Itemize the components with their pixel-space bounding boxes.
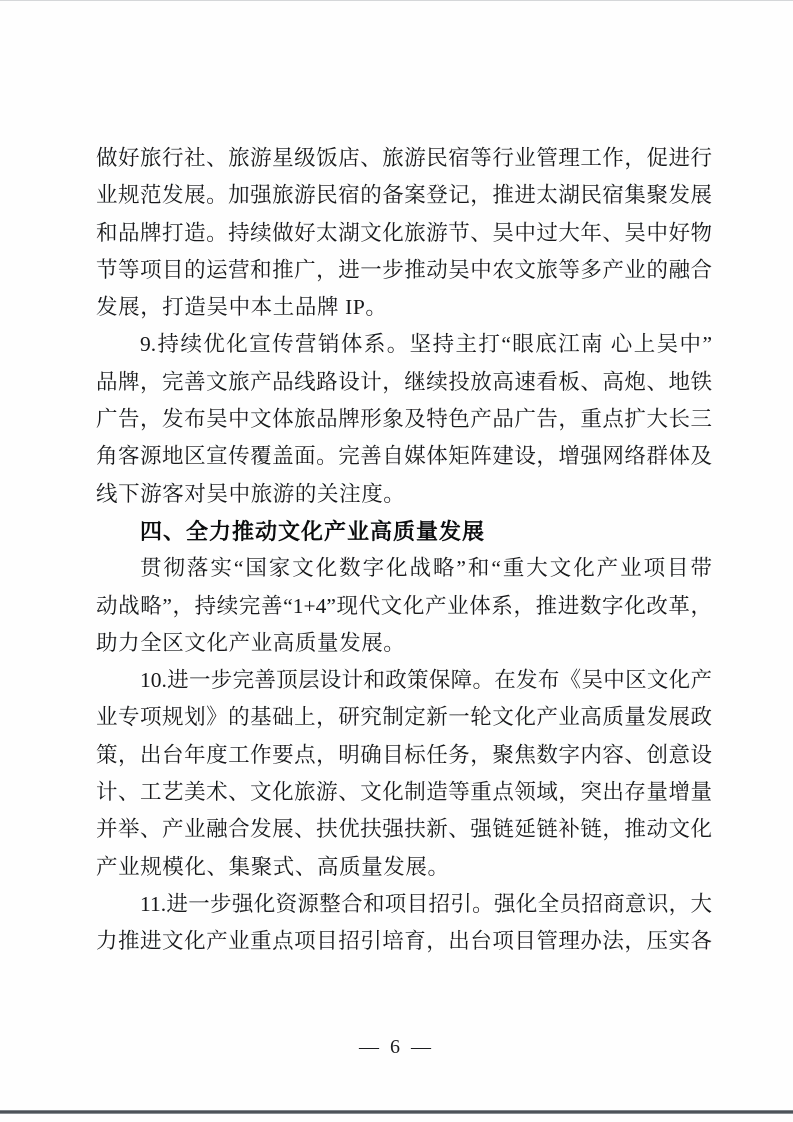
page-number: — 6 — [0,1036,793,1059]
text-line: 节等项目的运营和推广，进一步推动吴中农文旅等多产业的融合 [96,252,712,289]
text-line: 计、工艺美术、文化旅游、文化制造等重点领域，突出存量增量 [96,774,712,811]
text-line-item-10: 10.进一步完善顶层设计和政策保障。在发布《吴中区文化产 [96,662,712,699]
text-line: 发展，打造吴中本土品牌 IP。 [96,289,712,326]
text-line: 做好旅行社、旅游星级饭店、旅游民宿等行业管理工作，促进行 [96,140,712,177]
text-line: 广告，发布吴中文体旅品牌形象及特色产品广告，重点扩大长三 [96,401,712,438]
text-line: 业规范发展。加强旅游民宿的备案登记，推进太湖民宿集聚发展 [96,177,712,214]
scan-edge-top [0,0,793,1]
text-line: 业专项规划》的基础上，研究制定新一轮文化产业高质量发展政 [96,699,712,736]
text-line: 并举、产业融合发展、扶优扶强扶新、强链延链补链，推动文化 [96,811,712,848]
text-line: 动战略”，持续完善“1+4”现代文化产业体系，推进数字化改革， [96,588,712,625]
text-line: 力推进文化产业重点项目招引培育，出台项目管理办法，压实各 [96,923,712,960]
text-line-item-11: 11.进一步强化资源整合和项目招引。强化全员招商意识，大 [96,886,712,923]
text-line: 和品牌打造。持续做好太湖文化旅游节、吴中过大年、吴中好物 [96,215,712,252]
text-line: 线下游客对吴中旅游的关注度。 [96,476,712,513]
document-text: 做好旅行社、旅游星级饭店、旅游民宿等行业管理工作，促进行 业规范发展。加强旅游民… [96,140,712,961]
text-line: 助力全区文化产业高质量发展。 [96,625,712,662]
text-line: 品牌，完善文旅产品线路设计，继续投放高速看板、高炮、地铁 [96,364,712,401]
text-line: 角客源地区宣传覆盖面。完善自媒体矩阵建设，增强网络群体及 [96,438,712,475]
text-line: 贯彻落实“国家文化数字化战略”和“重大文化产业项目带 [96,550,712,587]
section-heading-4: 四、全力推动文化产业高质量发展 [96,513,712,550]
scan-artifact-line [0,1110,793,1114]
text-line: 产业规模化、集聚式、高质量发展。 [96,849,712,886]
text-line-item-9: 9.持续优化宣传营销体系。坚持主打“眼底江南 心上吴中” [96,326,712,363]
document-page: 做好旅行社、旅游星级饭店、旅游民宿等行业管理工作，促进行 业规范发展。加强旅游民… [0,0,793,1122]
text-line: 策，出台年度工作要点，明确目标任务，聚焦数字内容、创意设 [96,737,712,774]
